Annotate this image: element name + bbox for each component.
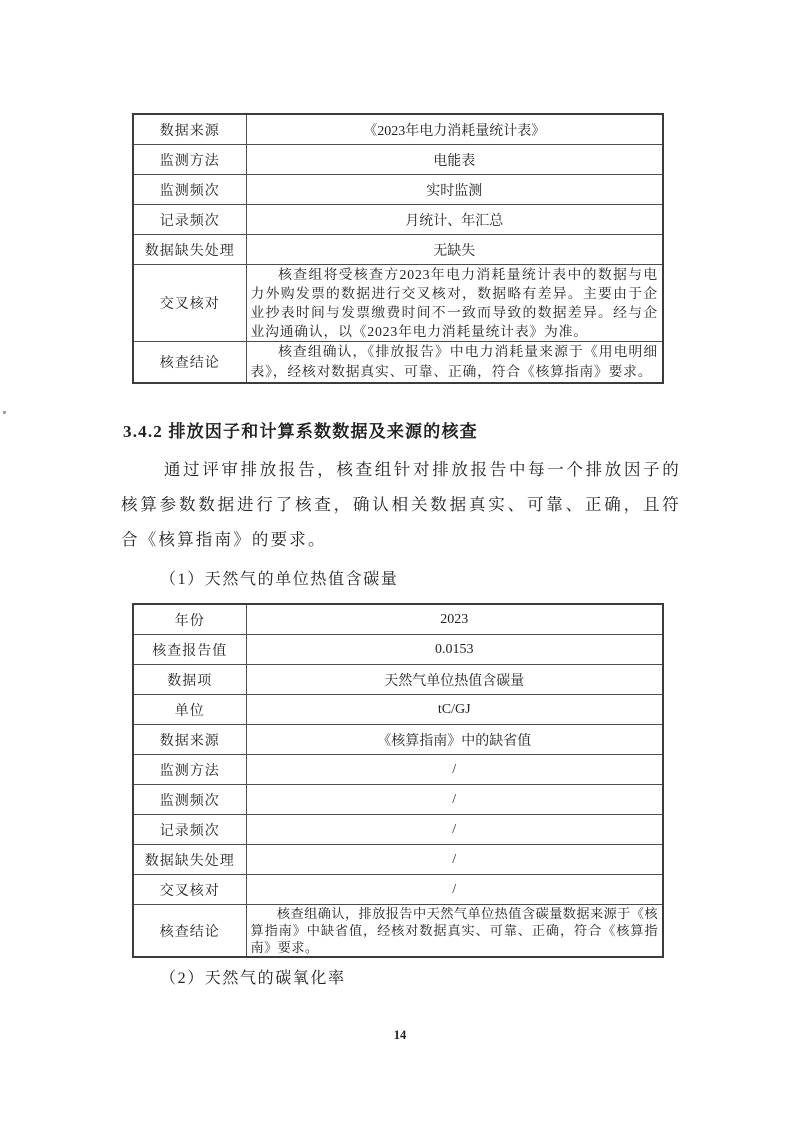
row-value: 无缺失 [246,235,663,265]
row-value: 核查组确认，《排放报告》中电力消耗量来源于《用电明细表》，经核对数据真实、可靠、… [246,342,663,384]
row-label: 记录频次 [133,205,246,235]
row-label: 交叉核对 [133,265,246,342]
list-item-natural-gas-oxidation-rate: （2）天然气的碳氧化率 [160,965,346,988]
row-value: 天然气单位热值含碳量 [246,665,663,695]
row-label: 核查报告值 [133,635,246,665]
section-heading: 3.4.2 排放因子和计算系数数据及来源的核查 [123,417,478,442]
row-label: 核查结论 [133,342,246,384]
row-value: / [246,785,663,815]
row-value: 月统计、年汇总 [246,205,663,235]
row-value: tC/GJ [246,695,663,725]
row-value: 核查组将受核查方2023年电力消耗量统计表中的数据与电力外购发票的数据进行交叉核… [246,265,663,342]
table-row: 年份 2023 [133,604,663,635]
table-row: 监测频次 / [133,785,663,815]
row-label: 数据缺失处理 [133,235,246,265]
table-row: 数据项 天然气单位热值含碳量 [133,665,663,695]
row-value: 0.0153 [246,635,663,665]
table-row: 数据来源 《2023年电力消耗量统计表》 [133,114,663,145]
row-label: 单位 [133,695,246,725]
row-label: 数据缺失处理 [133,845,246,875]
row-value: 《2023年电力消耗量统计表》 [246,114,663,145]
table-row: 交叉核对 / [133,875,663,905]
table-row: 数据缺失处理 / [133,845,663,875]
row-label: 交叉核对 [133,875,246,905]
table-row: 监测方法 电能表 [133,145,663,175]
row-value: 2023 [246,604,663,635]
table-row: 监测频次 实时监测 [133,175,663,205]
row-label: 记录频次 [133,815,246,845]
row-label: 数据来源 [133,114,246,145]
table-row: 数据来源 《核算指南》中的缺省值 [133,725,663,755]
page-number: 14 [0,1028,800,1043]
table-row: 核查结论 核查组确认，《排放报告》中电力消耗量来源于《用电明细表》，经核对数据真… [133,342,663,384]
row-value: / [246,875,663,905]
scan-speckle [3,411,6,414]
row-value: 实时监测 [246,175,663,205]
document-page: 数据来源 《2023年电力消耗量统计表》 监测方法 电能表 监测频次 实时监测 … [0,0,800,1130]
table-row: 数据缺失处理 无缺失 [133,235,663,265]
row-label: 数据项 [133,665,246,695]
list-item-natural-gas-carbon-content: （1）天然气的单位热值含碳量 [160,566,398,589]
row-value: / [246,815,663,845]
row-label: 监测方法 [133,755,246,785]
row-label: 监测频次 [133,175,246,205]
natural-gas-carbon-content-table: 年份 2023 核查报告值 0.0153 数据项 天然气单位热值含碳量 单位 t… [132,603,664,958]
row-value: 电能表 [246,145,663,175]
table-row: 核查报告值 0.0153 [133,635,663,665]
row-value: 核查组确认，排放报告中天然气单位热值含碳量数据来源于《核算指南》中缺省值，经核对… [246,905,663,958]
row-label: 核查结论 [133,905,246,958]
row-value: 《核算指南》中的缺省值 [246,725,663,755]
table-row: 记录频次 月统计、年汇总 [133,205,663,235]
table-row: 监测方法 / [133,755,663,785]
section-paragraph: 通过评审排放报告，核查组针对排放报告中每一个排放因子的核算参数数据进行了核查，确… [121,452,681,557]
table-row: 交叉核对 核查组将受核查方2023年电力消耗量统计表中的数据与电力外购发票的数据… [133,265,663,342]
row-label: 年份 [133,604,246,635]
table-row: 单位 tC/GJ [133,695,663,725]
row-label: 数据来源 [133,725,246,755]
electricity-data-verification-table: 数据来源 《2023年电力消耗量统计表》 监测方法 电能表 监测频次 实时监测 … [132,113,664,384]
table-row: 核查结论 核查组确认，排放报告中天然气单位热值含碳量数据来源于《核算指南》中缺省… [133,905,663,958]
row-label: 监测方法 [133,145,246,175]
row-label: 监测频次 [133,785,246,815]
table-row: 记录频次 / [133,815,663,845]
row-value: / [246,845,663,875]
row-value: / [246,755,663,785]
